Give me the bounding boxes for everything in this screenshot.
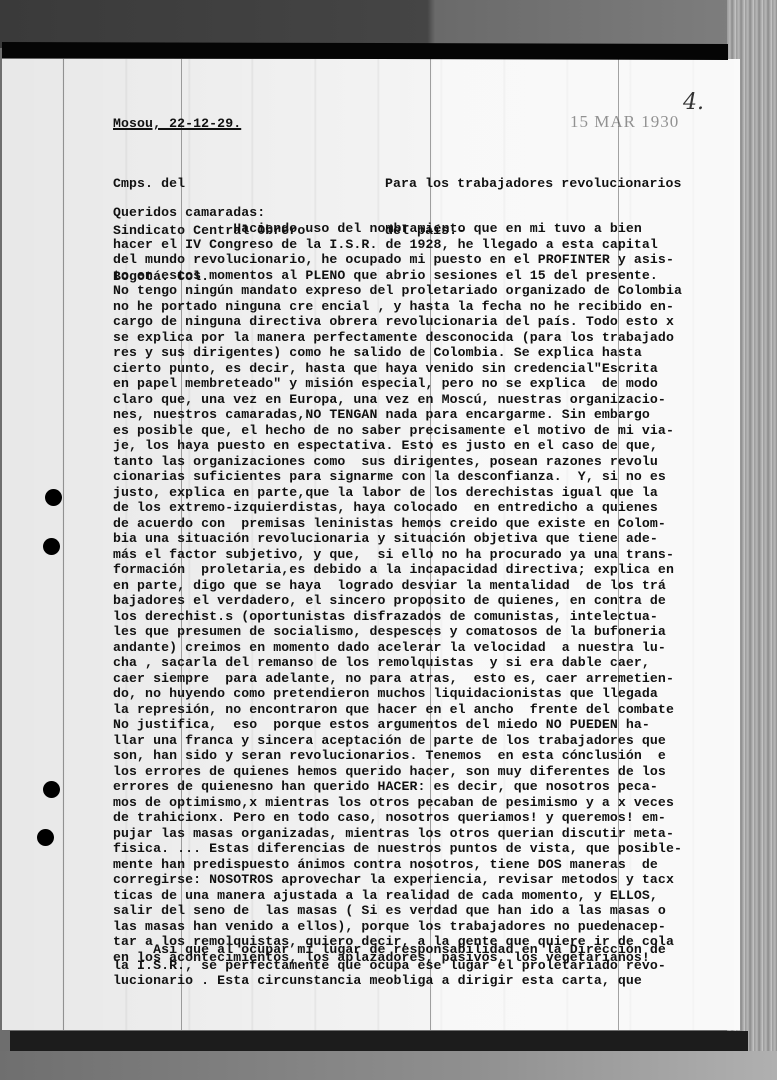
body-line: fisica. ... Estas diferencias de nuestro… [113,841,743,857]
punch-hole [37,829,54,846]
scan-border-top [2,42,728,60]
handwritten-page-mark: 4. [683,90,704,115]
body-line: cargo de ninguna directiva obrera revolu… [113,314,743,330]
body-line: bia una situación revolucionaria y situa… [113,531,743,547]
body-line: cionarias suficientes para signarme con … [113,469,743,485]
body-line: tanto las organizaciones como sus dirige… [113,454,743,470]
body-line: bajadores el verdadero, el sincero propo… [113,593,743,609]
body-line: son, han sido y seran revolucionarios. T… [113,748,743,764]
body-line: ticas de una manera ajustada a la realid… [113,888,743,904]
scan-background-bottom [0,1051,777,1080]
greeting: Queridos camaradas: [113,205,743,221]
body-line: se explica por la manera perfectamente d… [113,330,743,346]
body-line: de los extremo-izquierdistas, haya coloc… [113,500,743,516]
body-line: del mundo revolucionario, he ocupado mi … [113,252,743,268]
body-line: es posible que, el hecho de no saber pre… [113,423,743,439]
body-line: hacer el IV Congreso de la I.S.R. de 192… [113,237,743,253]
body-line: Haciendo uso del nombramiento que en mi … [113,221,743,237]
body-line: llar una franca y sincera aceptación de … [113,733,743,749]
body-line: en parte, digo que se haya logrado desvi… [113,578,743,594]
body-line: cierto punto, es decir, hasta que haya v… [113,361,743,377]
body-line: la represión, no encontraron que hacer e… [113,702,743,718]
body-line: de trahicionx. Pero en todo caso, nosotr… [113,810,743,826]
body-line: res y sus dirigentes) como he salido de … [113,345,743,361]
scan-border-bottom [10,1031,748,1051]
body-line: No justifica, eso porque estos argumento… [113,717,743,733]
body-line: formación proletaria,es debido a la inca… [113,562,743,578]
body-line: andante) creimos en momento dado acelera… [113,640,743,656]
date-line: Mosou, 22-12-29. [113,116,743,132]
closing-line: Asi que al ocupar mi lugar de responsabi… [113,942,743,958]
body-line: no he portado ninguna cre encial , y has… [113,299,743,315]
body-line: nes, nuestros camaradas,NO TENGAN nada p… [113,407,743,423]
body-line: caer siempre para adelante, no para atra… [113,671,743,687]
body-line: pujar las masas organizadas, mientras lo… [113,826,743,842]
body-line: claro que, una vez en Europa, una vez en… [113,392,743,408]
letter-body: Haciendo uso del nombramiento que en mi … [113,221,743,965]
body-line: salir del seno de las masas ( Si es verd… [113,903,743,919]
body-line: en papel membreteado" y misión especial,… [113,376,743,392]
body-line: cha , sacarla del remanso de los remolqu… [113,655,743,671]
closing-line: la I.S.R., se perfectamente que ocupa es… [113,958,743,974]
scan-background-top [0,0,777,48]
closing-paragraph: Asi que al ocupar mi lugar de responsabi… [113,942,743,989]
body-line: corregirse: NOSOTROS aprovechar la exper… [113,872,743,888]
body-line: to en estos momentos al PLENO que abrio … [113,268,743,284]
punch-hole [45,489,62,506]
body-line: mente han predispuesto ánimos contra nos… [113,857,743,873]
punch-hole [43,538,60,555]
body-line: je, los haya puesto en espectativa. Esto… [113,438,743,454]
body-line: mos de optimismo,x mientras los otros pe… [113,795,743,811]
closing-line: lucionario . Esta circunstancia meobliga… [113,973,743,989]
body-line: No tengo ningún mandato expreso del prol… [113,283,743,299]
body-line: más el factor subjetivo, y que, si ello … [113,547,743,563]
body-line: los errores de quienes hemos querido hac… [113,764,743,780]
body-line: las masas han venido a ellos), porque lo… [113,919,743,935]
body-line: justo, explica en parte,que la labor de … [113,485,743,501]
body-line: errores de quienesno han querido HACER: … [113,779,743,795]
body-line: de acuerdo con premisas leninistas hemos… [113,516,743,532]
punch-hole [43,781,60,798]
scan-streak [63,59,64,1030]
body-line: los derechist.s (oportunistas disfrazado… [113,609,743,625]
body-line: les que presumen de socialismo, despesce… [113,624,743,640]
addressed-to-line: Para los trabajadores revolucionarios [385,176,725,192]
body-line: do, no huyendo como pretendieron muchos … [113,686,743,702]
